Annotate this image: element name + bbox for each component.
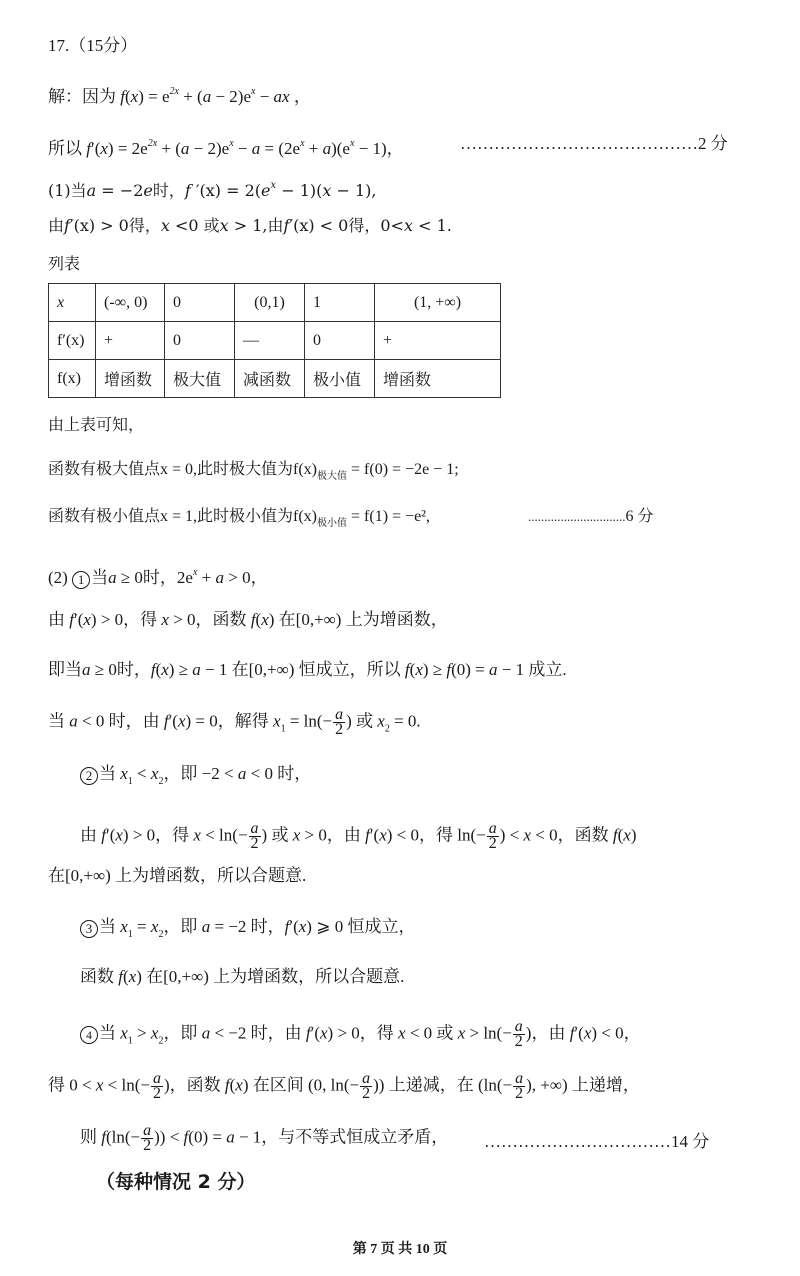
part2-case2-b: 由 f′(x) > 0，得 x < ln(−a2) 或 x > 0，由 f′(x…: [80, 822, 637, 851]
solution-line-2: 所以 f′(x) = 2e2x + (a − 2)ex − a = (2ex +…: [48, 134, 404, 159]
min-text: 函数有极小值点x = 1,此时极小值为f(x): [48, 508, 317, 525]
min-value-line: 函数有极小值点x = 1,此时极小值为f(x)极小值 = f(1) = −e²,…: [48, 507, 430, 534]
max-text: 函数有极大值点x = 0,此时极大值为f(x): [48, 461, 317, 478]
table-cell: 极小值: [305, 360, 375, 398]
table-row: x (-∞, 0) 0 (0,1) 1 (1, +∞): [49, 284, 501, 322]
table-cell: +: [96, 322, 165, 360]
dots-leader: ……………………………………2 分: [460, 134, 728, 154]
table-cell: f(x): [49, 360, 96, 398]
part1-line-2: 由f′(x) > 0得，x <0 或x > 1,由f′(x) < 0得，0<x …: [48, 216, 452, 236]
dots-leader: ..............................6 分: [528, 507, 654, 527]
part2-case3-a: 3当 x1 = x2，即 a = −2 时，f′(x) ⩾ 0 恒成立，: [80, 917, 415, 945]
max-rest: = f(0) = −2e − 1;: [347, 461, 459, 478]
table-cell: 增函数: [375, 360, 501, 398]
min-rest: = f(1) = −e²,: [347, 508, 430, 525]
min-sub: 极小值: [317, 518, 347, 529]
part2-case1-c: 即当a ≥ 0时，f(x) ≥ a − 1 在[0,+∞) 恒成立，所以 f(x…: [48, 660, 567, 680]
table-cell: (-∞, 0): [96, 284, 165, 322]
problem-header: 17.（15分）: [48, 36, 137, 56]
max-value-line: 函数有极大值点x = 0,此时极大值为f(x)极大值 = f(0) = −2e …: [48, 460, 459, 487]
table-row: f(x) 增函数 极大值 减函数 极小值 增函数: [49, 360, 501, 398]
table-cell: +: [375, 322, 501, 360]
part2-case4-b: 得 0 < x < ln(−a2)，函数 f(x) 在区间 (0, ln(−a2…: [48, 1072, 640, 1101]
table-cell: 1: [305, 284, 375, 322]
part1-line-1: (1)当a = −2e时，f ′(x) = 2(ex − 1)(x − 1),: [48, 176, 377, 201]
table-row: f′(x) + 0 — 0 +: [49, 322, 501, 360]
part2-case3-b: 函数 f(x) 在[0,+∞) 上为增函数，所以合题意.: [80, 967, 404, 987]
dots-leader: ……………………………14 分: [484, 1132, 709, 1152]
part2-negative-case: 当 a < 0 时，由 f′(x) = 0，解得 x1 = ln(−a2) 或 …: [48, 708, 421, 739]
page-footer: 第 7 页 共 10 页: [0, 1238, 800, 1258]
table-cell: (1, +∞): [375, 284, 501, 322]
part2-case2-a: 2当 x1 < x2，即 −2 < a < 0 时，: [80, 764, 311, 792]
part2-case4-a: 4当 x1 > x2，即 a < −2 时，由 f′(x) > 0，得 x < …: [80, 1020, 641, 1051]
part2-case1-b: 由 f′(x) > 0，得 x > 0，函数 f(x) 在[0,+∞) 上为增函…: [48, 610, 448, 630]
table-cell: f′(x): [49, 322, 96, 360]
part2-case2-c: 在[0,+∞) 上为增函数，所以合题意.: [48, 866, 306, 886]
table-label: 列表: [48, 255, 80, 275]
table-cell: 极大值: [165, 360, 235, 398]
table-cell: —: [235, 322, 305, 360]
max-sub: 极大值: [317, 471, 347, 482]
table-cell: 减函数: [235, 360, 305, 398]
table-cell: (0,1): [235, 284, 305, 322]
solution-line-1: 解：因为 f(x) = e2x + (a − 2)ex − ax ，: [48, 82, 311, 107]
table-cell: 0: [165, 322, 235, 360]
part2-case1-a: (2) 1当a ≥ 0时，2ex + a > 0，: [48, 563, 268, 589]
variation-table: x (-∞, 0) 0 (0,1) 1 (1, +∞) f′(x) + 0 — …: [48, 283, 501, 398]
table-cell: 0: [165, 284, 235, 322]
table-cell: 增函数: [96, 360, 165, 398]
table-cell: x: [49, 284, 96, 322]
part2-case4-c: 则 f(ln(−a2)) < f(0) = a − 1，与不等式恒成立矛盾， ……: [80, 1124, 448, 1153]
conclusion-line: 由上表可知，: [48, 416, 144, 436]
scoring-note: （每种情况 2 分）: [96, 1172, 255, 1192]
table-cell: 0: [305, 322, 375, 360]
